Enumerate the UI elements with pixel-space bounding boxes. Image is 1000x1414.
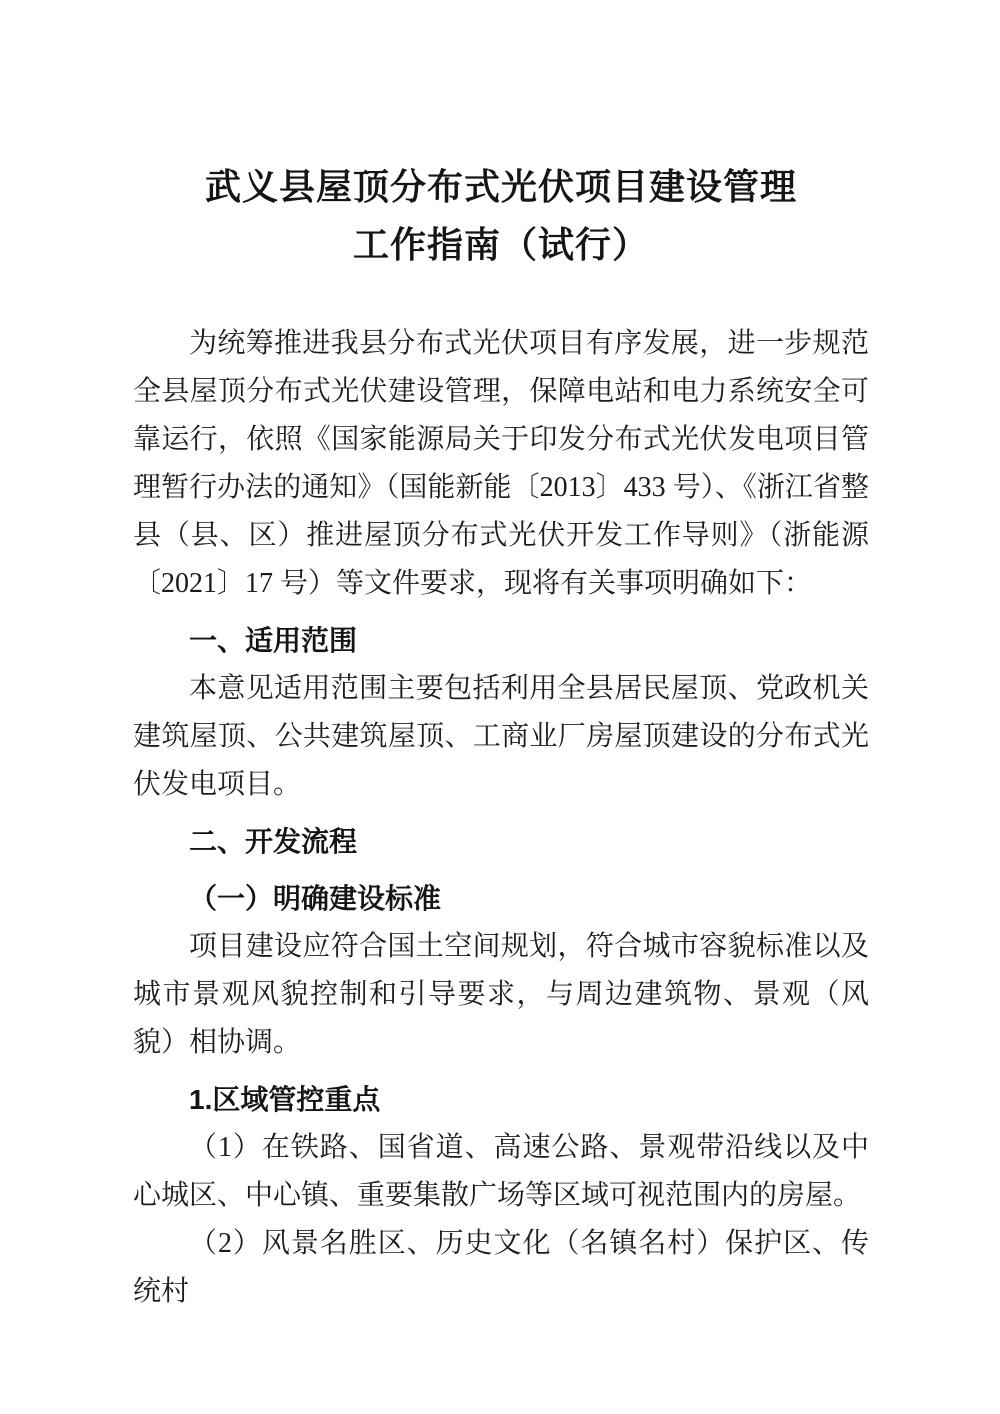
section-heading: 二、开发流程 xyxy=(133,818,869,866)
document-page: 武义县屋顶分布式光伏项目建设管理 工作指南（试行） 为统筹推进我县分布式光伏项目… xyxy=(0,0,1000,1414)
paragraph: （2）风景名胜区、历史文化（名镇名村）保护区、传统村 xyxy=(133,1220,869,1316)
section-heading: 一、适用范围 xyxy=(133,617,869,665)
paragraph: 为统筹推进我县分布式光伏项目有序发展，进一步规范全县屋顶分布式光伏建设管理，保障… xyxy=(133,320,869,608)
section-heading: （一）明确建设标准 xyxy=(133,875,869,923)
document-content: 武义县屋顶分布式光伏项目建设管理 工作指南（试行） 为统筹推进我县分布式光伏项目… xyxy=(133,158,869,1316)
document-body: 为统筹推进我县分布式光伏项目有序发展，进一步规范全县屋顶分布式光伏建设管理，保障… xyxy=(133,320,869,1316)
section-heading: 1.区域管控重点 xyxy=(133,1076,869,1124)
paragraph: 项目建设应符合国土空间规划，符合城市容貌标准以及城市景观风貌控制和引导要求，与周… xyxy=(133,923,869,1067)
paragraph: （1）在铁路、国省道、高速公路、景观带沿线以及中心城区、中心镇、重要集散广场等区… xyxy=(133,1124,869,1220)
title-line-1: 武义县屋顶分布式光伏项目建设管理 xyxy=(133,158,869,216)
paragraph: 本意见适用范围主要包括利用全县居民屋顶、党政机关建筑屋顶、公共建筑屋顶、工商业厂… xyxy=(133,665,869,809)
document-title: 武义县屋顶分布式光伏项目建设管理 工作指南（试行） xyxy=(133,158,869,274)
title-line-2: 工作指南（试行） xyxy=(133,216,869,274)
